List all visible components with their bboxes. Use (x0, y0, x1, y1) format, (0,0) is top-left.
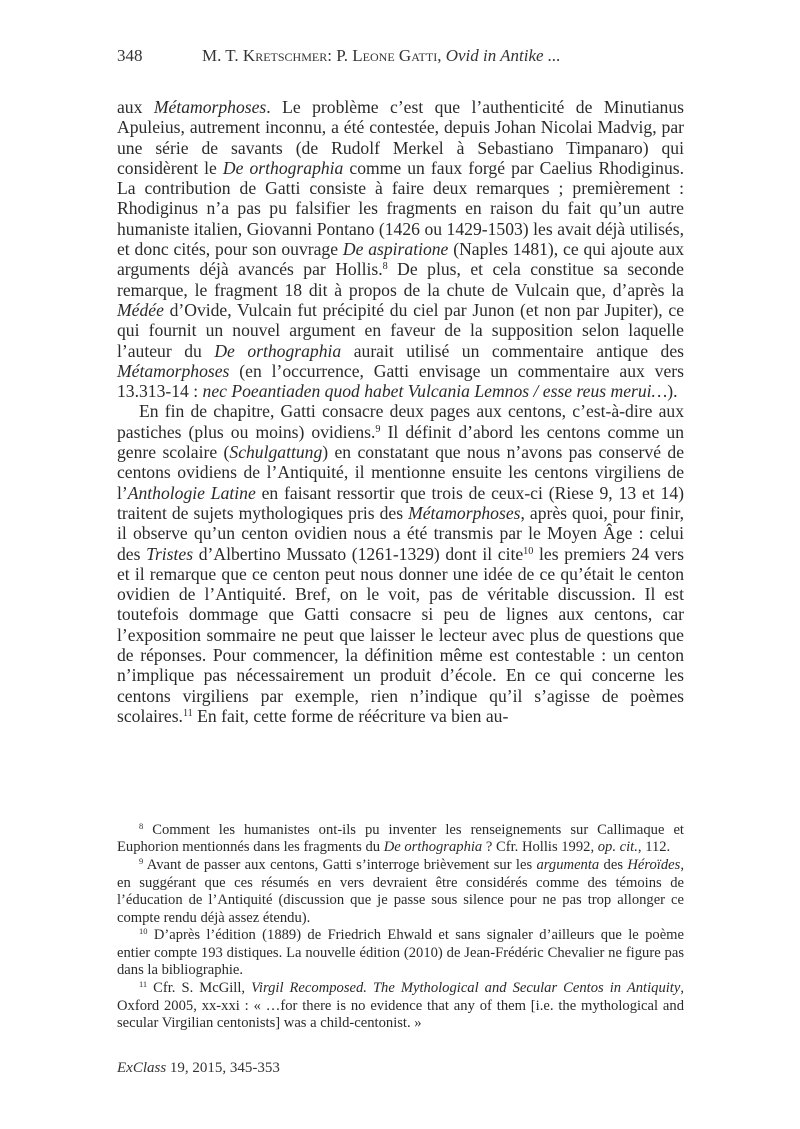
header-author: M. T. Kretschmer (202, 46, 327, 65)
italic-title: Métamorphoses (117, 361, 229, 381)
text: Avant de passer aux centons, Gatti s’int… (143, 857, 536, 873)
text: ? Cfr. Hollis 1992, (482, 839, 598, 855)
italic-title: Anthologie Latine (128, 483, 256, 503)
footnote-9: 9 Avant de passer aux centons, Gatti s’i… (117, 857, 684, 927)
text: En fait, cette forme de réécriture va bi… (193, 706, 509, 726)
footnote-ref-10[interactable]: 10 (523, 545, 533, 556)
text: les premiers 24 vers et il remarque que … (117, 544, 684, 726)
text: , 112. (638, 839, 670, 855)
italic-title: Médée (117, 300, 164, 320)
italic-title: De orthographia (223, 158, 343, 178)
paragraph-2: En fin de chapitre, Gatti consacre deux … (117, 401, 684, 726)
latin-quotation: nec Poeantiaden quod habet Vulcania Lemn… (203, 381, 668, 401)
italic-title: De orthographia (384, 839, 483, 855)
journal-name: ExClass (117, 1060, 166, 1076)
text: aux (117, 97, 154, 117)
italic-term: argumenta (537, 857, 600, 873)
footnote-10: 10 D’après l’édition (1889) de Friedrich… (117, 927, 684, 979)
footnotes: 8 Comment les humanistes ont-ils pu inve… (117, 822, 684, 1033)
italic-title: Tristes (146, 544, 193, 564)
italic-title: Héroïdes (627, 857, 680, 873)
header-reviewed-author: P. Leone Gatti (336, 46, 437, 65)
body-text: aux Métamorphoses. Le problème c’est que… (117, 97, 684, 726)
header-book-title: Ovid in Antike ... (446, 46, 561, 65)
footnote-ref-11[interactable]: 11 (183, 708, 193, 719)
text: ). (667, 381, 677, 401)
text: D’après l’édition (1889) de Friedrich Eh… (117, 927, 684, 978)
italic-title: De aspiratione (343, 239, 449, 259)
italic-title: De orthographia (214, 341, 341, 361)
footnote-11: 11 Cfr. S. McGill, Virgil Recomposed. Th… (117, 980, 684, 1032)
italic-abbrev: op. cit. (598, 839, 638, 855)
text: aurait utilisé un commentaire antique de… (341, 341, 684, 361)
paragraph-1: aux Métamorphoses. Le problème c’est que… (117, 97, 684, 401)
footnote-8: 8 Comment les humanistes ont-ils pu inve… (117, 822, 684, 857)
text: d’Albertino Mussato (1261-1329) dont il … (193, 544, 523, 564)
journal-citation-footer: ExClass 19, 2015, 345-353 (117, 1060, 280, 1077)
footnote-number: 11 (139, 979, 147, 989)
italic-term: Schulgattung (229, 442, 322, 462)
italic-title: Métamorphoses (154, 97, 266, 117)
text: Cfr. S. McGill, (147, 980, 251, 996)
text: des (599, 857, 627, 873)
document-page: 348 M. T. Kretschmer: P. Leone Gatti, Ov… (0, 0, 800, 1129)
italic-title: Métamorphoses (408, 503, 520, 523)
page-number: 348 (117, 46, 143, 66)
running-title: M. T. Kretschmer: P. Leone Gatti, Ovid i… (202, 46, 561, 66)
citation-details: 19, 2015, 345-353 (166, 1060, 280, 1076)
italic-title: Virgil Recomposed. The Mythological and … (251, 980, 680, 996)
